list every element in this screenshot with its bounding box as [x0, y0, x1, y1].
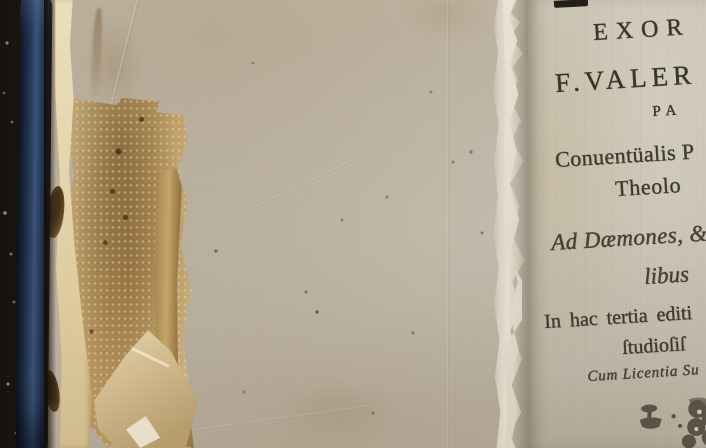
crease-line [256, 158, 356, 208]
crease-line-vertical [447, 0, 449, 448]
book-photo: EXOR F.VALER PA Conuentüalis P Theolo Ad… [0, 0, 706, 448]
cover-paper-gap [44, 0, 56, 448]
title-line-pa: PA [652, 102, 683, 121]
title-line-studiosis: ſtudioſiſ [622, 333, 687, 360]
title-line-libus: libus [643, 261, 689, 290]
stain-top [400, 0, 490, 38]
woodcut-ornament-icon [629, 394, 706, 448]
title-line-theologi: Theolo [614, 172, 681, 202]
stain-bottom [280, 382, 400, 442]
table-dust-specks [0, 0, 2, 2]
